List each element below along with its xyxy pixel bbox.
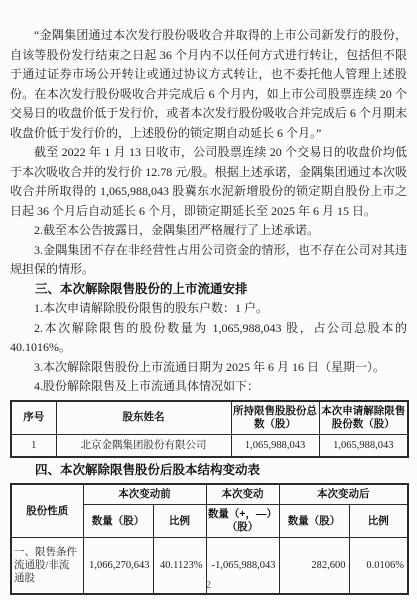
- paragraph-price-trigger: 截至 2022 年 1 月 13 日收市，公司股票连续 20 个交易日的收盘价均…: [10, 143, 407, 221]
- document-page: “金隅集团通过本次发行股份吸收合并取得的上市公司新发行的股份，自该等股份发行结束…: [0, 0, 417, 600]
- table-group-header-row: 股份性质 本次变动前 本次变动 本次变动后: [11, 484, 408, 505]
- table-row: 1 北京金隅集团股份有限公司 1,065,988,043 1,065,988,0…: [11, 434, 408, 457]
- group-header-change: 本次变动: [206, 484, 279, 505]
- paragraph-compliance: 2.截至本公告披露日，金隅集团严格履行了上述承诺。: [10, 221, 407, 241]
- table-header-row: 序号 股东姓名 所持限售股股份总数（股） 本次申请解除限售股份数（股）: [11, 401, 408, 435]
- column-header-qty-before: 数量（股）: [83, 505, 153, 538]
- cell-seq: 1: [11, 434, 56, 457]
- column-header-holder: 股东姓名: [56, 401, 231, 435]
- table-structure-change: 股份性质 本次变动前 本次变动 本次变动后 数量（股） 比例 数量（+，—）（股…: [10, 483, 409, 595]
- cell-holder: 北京金隅集团股份有限公司: [56, 434, 231, 457]
- column-header-ratio-after: 比例: [349, 505, 408, 538]
- list-item-holders: 1.本次申请解除股份限售的股东户数：1 户。: [10, 299, 407, 319]
- document-content: “金隅集团通过本次发行股份吸收合并取得的上市公司新发行的股份，自该等股份发行结束…: [0, 0, 417, 595]
- group-header-after-change: 本次变动后: [279, 484, 408, 505]
- section-heading-structure-change: 四、本次解除限售股份后股本结构变动表: [10, 461, 407, 481]
- list-item-quantity: 2.本次解除限售的股份数量为 1,065,988,043 股，占公司总股本的 4…: [10, 319, 407, 358]
- column-header-seq: 序号: [11, 401, 56, 435]
- paragraph-lockup-commitment: “金隅集团通过本次发行股份吸收合并取得的上市公司新发行的股份，自该等股份发行结束…: [10, 26, 407, 143]
- cell-apply-release: 1,065,988,043: [319, 434, 408, 457]
- column-header-held-total: 所持限售股股份总数（股）: [231, 401, 319, 435]
- list-item-date: 3.本次解除限售股份上市流通日期为 2025 年 6 月 16 日（星期一）。: [10, 358, 407, 378]
- page-number: 2: [0, 580, 417, 591]
- table-release-details: 序号 股东姓名 所持限售股股份总数（股） 本次申请解除限售股份数（股） 1 北京…: [10, 400, 409, 458]
- column-header-ratio-before: 比例: [153, 505, 206, 538]
- column-header-qty-after: 数量（股）: [279, 505, 349, 538]
- paragraph-no-occupation: 3.金隅集团不存在非经营性占用公司资金的情形，也不存在公司对其违规担保的情形。: [10, 241, 407, 280]
- group-header-before-change: 本次变动前: [83, 484, 206, 505]
- column-header-apply-release: 本次申请解除限售股份数（股）: [319, 401, 408, 435]
- cell-held-total: 1,065,988,043: [231, 434, 319, 457]
- column-header-share-nature: 股份性质: [11, 484, 83, 538]
- list-item-detail-intro: 4.股份解除限售及上市流通具体情况如下：: [10, 377, 407, 397]
- column-header-qty-change: 数量（+，—）（股）: [206, 505, 279, 538]
- section-heading-circulation: 三、本次解除限售股份的上市流通安排: [10, 280, 407, 300]
